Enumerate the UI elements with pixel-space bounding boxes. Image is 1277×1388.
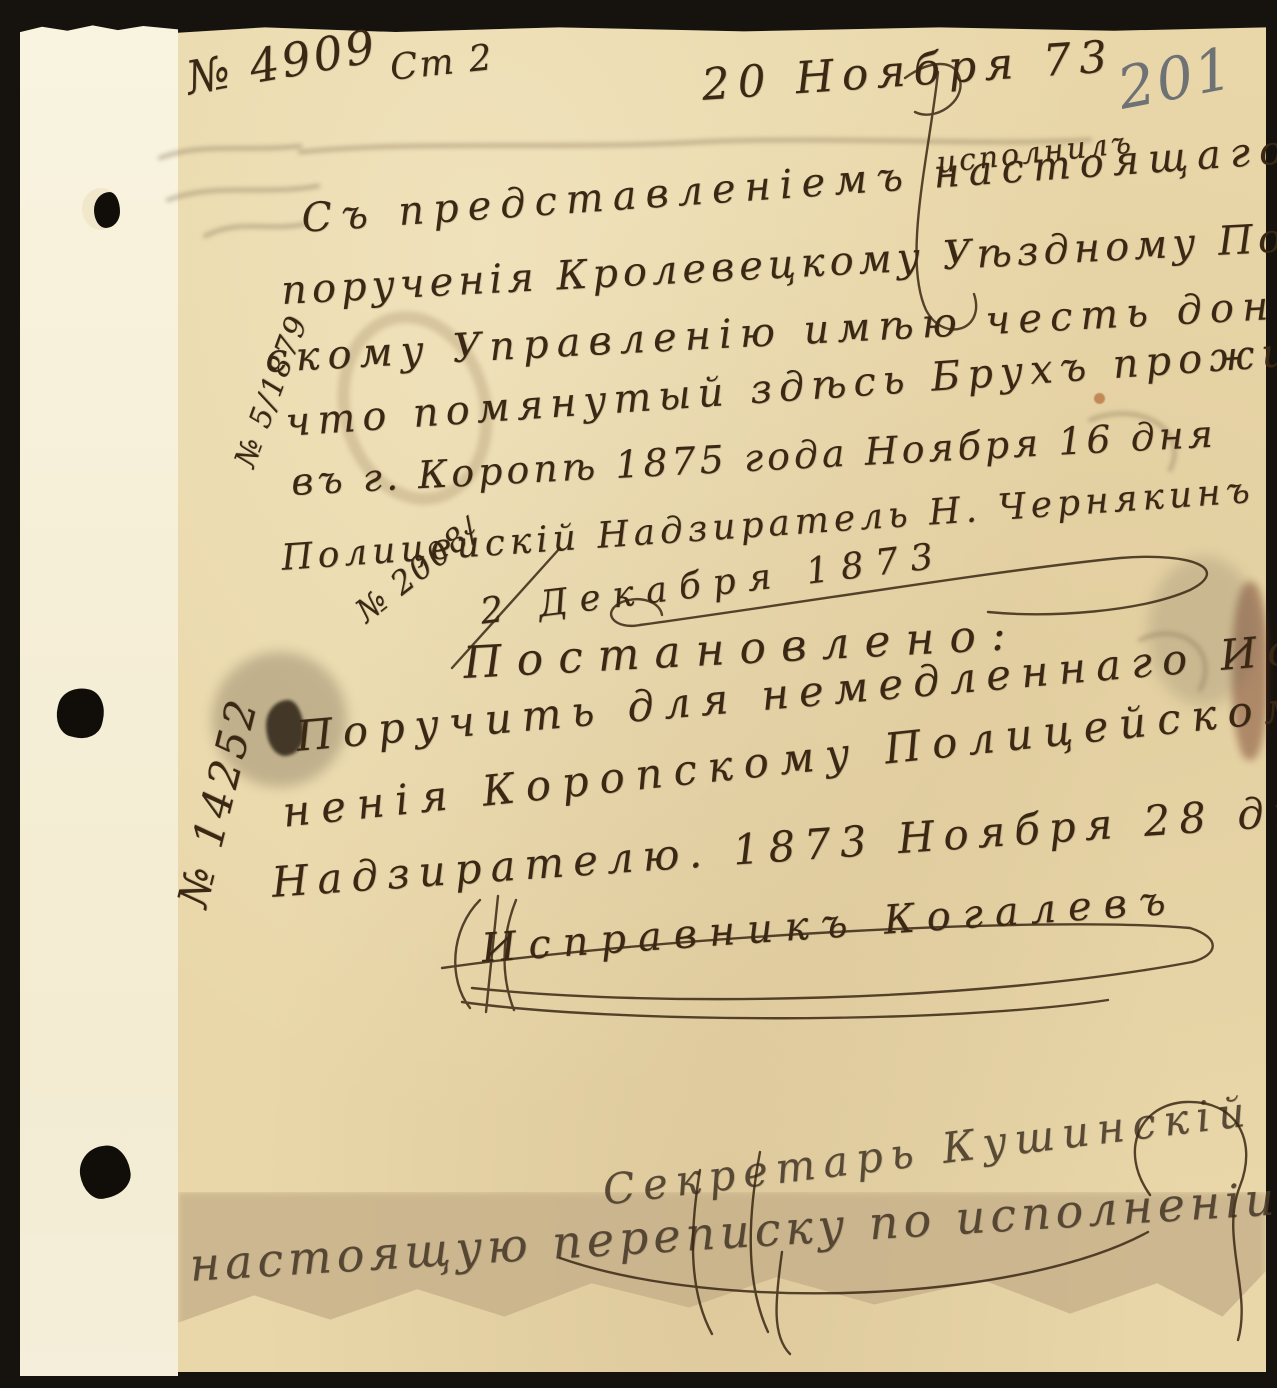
punch-hole-top [94,192,120,228]
document-scan: № 4909 Ст 2 20 Ноября 73 исполнилъ 201 №… [0,0,1277,1388]
